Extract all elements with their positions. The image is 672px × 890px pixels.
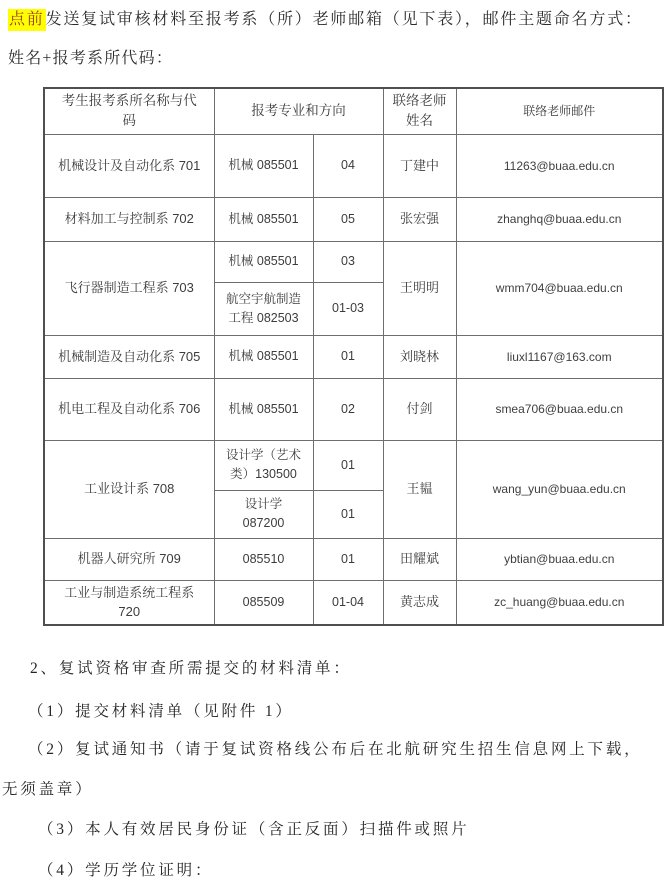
teacher-cell: 刘晓林 [383,335,456,378]
list-item-3: （3）本人有效居民身份证（含正反面）扫描件或照片 [38,818,469,841]
dir-cell: 01 [313,538,383,580]
dept-cell: 机械制造及自动化系 705 [44,335,214,378]
major-cell: 机械 085501 [214,134,313,197]
dept-cell: 飞行器制造工程系 703 [44,241,214,335]
major-cell: 085510 [214,538,313,580]
dir-cell: 01 [313,335,383,378]
dept-cell: 材料加工与控制系 702 [44,197,214,241]
dept-cell: 工业与制造系统工程系 720 [44,580,214,625]
table-row: 机电工程及自动化系 706 机械 085501 02 付剑 smea706@bu… [44,378,663,440]
list-item-1: （1）提交材料清单（见附件 1） [28,700,294,723]
dir-cell: 01-04 [313,580,383,625]
email-cell: 11263@buaa.edu.cn [456,134,663,197]
table-row: 工业设计系 708 设计学（艺术类）130500 01 王韫 wang_yun@… [44,440,663,490]
table-row: 材料加工与控制系 702 机械 085501 05 张宏强 zhanghq@bu… [44,197,663,241]
major-cell: 机械 085501 [214,197,313,241]
major-cell: 航空宇航制造工程 082503 [214,282,313,335]
dir-cell: 05 [313,197,383,241]
major-cell: 机械 085501 [214,378,313,440]
email-cell: wang_yun@buaa.edu.cn [456,440,663,538]
dir-cell: 03 [313,241,383,282]
dept-cell: 机电工程及自动化系 706 [44,378,214,440]
teacher-cell: 田耀斌 [383,538,456,580]
list-item-4: （4）学历学位证明： [38,859,213,882]
major-cell: 机械 085501 [214,335,313,378]
email-cell: smea706@buaa.edu.cn [456,378,663,440]
dir-cell: 01-03 [313,282,383,335]
teacher-cell: 王明明 [383,241,456,335]
teacher-cell: 丁建中 [383,134,456,197]
email-cell: wmm704@buaa.edu.cn [456,241,663,335]
header-teacher: 联络老师姓名 [383,88,456,134]
dept-cell: 机器人研究所 709 [44,538,214,580]
intro-line2: 姓名+报考系所代码： [8,47,173,71]
list-item-2-wrap: 无须盖章） [2,778,94,801]
table-row: 机械设计及自动化系 701 机械 085501 04 丁建中 11263@bua… [44,134,663,197]
email-cell: zhanghq@buaa.edu.cn [456,197,663,241]
table-row: 机器人研究所 709 085510 01 田耀斌 ybtian@buaa.edu… [44,538,663,580]
major-cell: 机械 085501 [214,241,313,282]
teacher-cell: 王韫 [383,440,456,538]
header-email: 联络老师邮件 [456,88,663,134]
major-cell: 设计学（艺术类）130500 [214,440,313,490]
email-cell: ybtian@buaa.edu.cn [456,538,663,580]
table-row: 工业与制造系统工程系 720 085509 01-04 黄志成 zc_huang… [44,580,663,625]
dir-cell: 04 [313,134,383,197]
section2-heading: 2、复试资格审查所需提交的材料清单： [30,657,352,680]
email-cell: zc_huang@buaa.edu.cn [456,580,663,625]
major-cell: 085509 [214,580,313,625]
dept-cell: 机械设计及自动化系 701 [44,134,214,197]
contact-table: 考生报考系所名称与代码 报考专业和方向 联络老师姓名 联络老师邮件 机械设计及自… [43,87,664,626]
contact-table-container: 考生报考系所名称与代码 报考专业和方向 联络老师姓名 联络老师邮件 机械设计及自… [43,87,664,626]
dir-cell: 02 [313,378,383,440]
email-cell: liuxl1167@163.com [456,335,663,378]
dir-cell: 01 [313,490,383,538]
intro-paragraph: 点前发送复试审核材料至报考系（所）老师邮箱（见下表），邮件主题命名方式： [8,8,643,32]
table-header-row: 考生报考系所名称与代码 报考专业和方向 联络老师姓名 联络老师邮件 [44,88,663,134]
table-row: 飞行器制造工程系 703 机械 085501 03 王明明 wmm704@bua… [44,241,663,282]
intro-line1-text: 发送复试审核材料至报考系（所）老师邮箱（见下表），邮件主题命名方式： [46,11,643,28]
highlighted-text: 点前 [8,9,46,31]
dir-cell: 01 [313,440,383,490]
teacher-cell: 张宏强 [383,197,456,241]
teacher-cell: 付剑 [383,378,456,440]
dept-cell: 工业设计系 708 [44,440,214,538]
list-item-2: （2）复试通知书（请于复试资格线公布后在北航研究生招生信息网上下载， [28,738,642,761]
table-row: 机械制造及自动化系 705 机械 085501 01 刘晓林 liuxl1167… [44,335,663,378]
major-cell: 设计学 087200 [214,490,313,538]
teacher-cell: 黄志成 [383,580,456,625]
header-dept: 考生报考系所名称与代码 [44,88,214,134]
header-major-dir: 报考专业和方向 [214,88,383,134]
